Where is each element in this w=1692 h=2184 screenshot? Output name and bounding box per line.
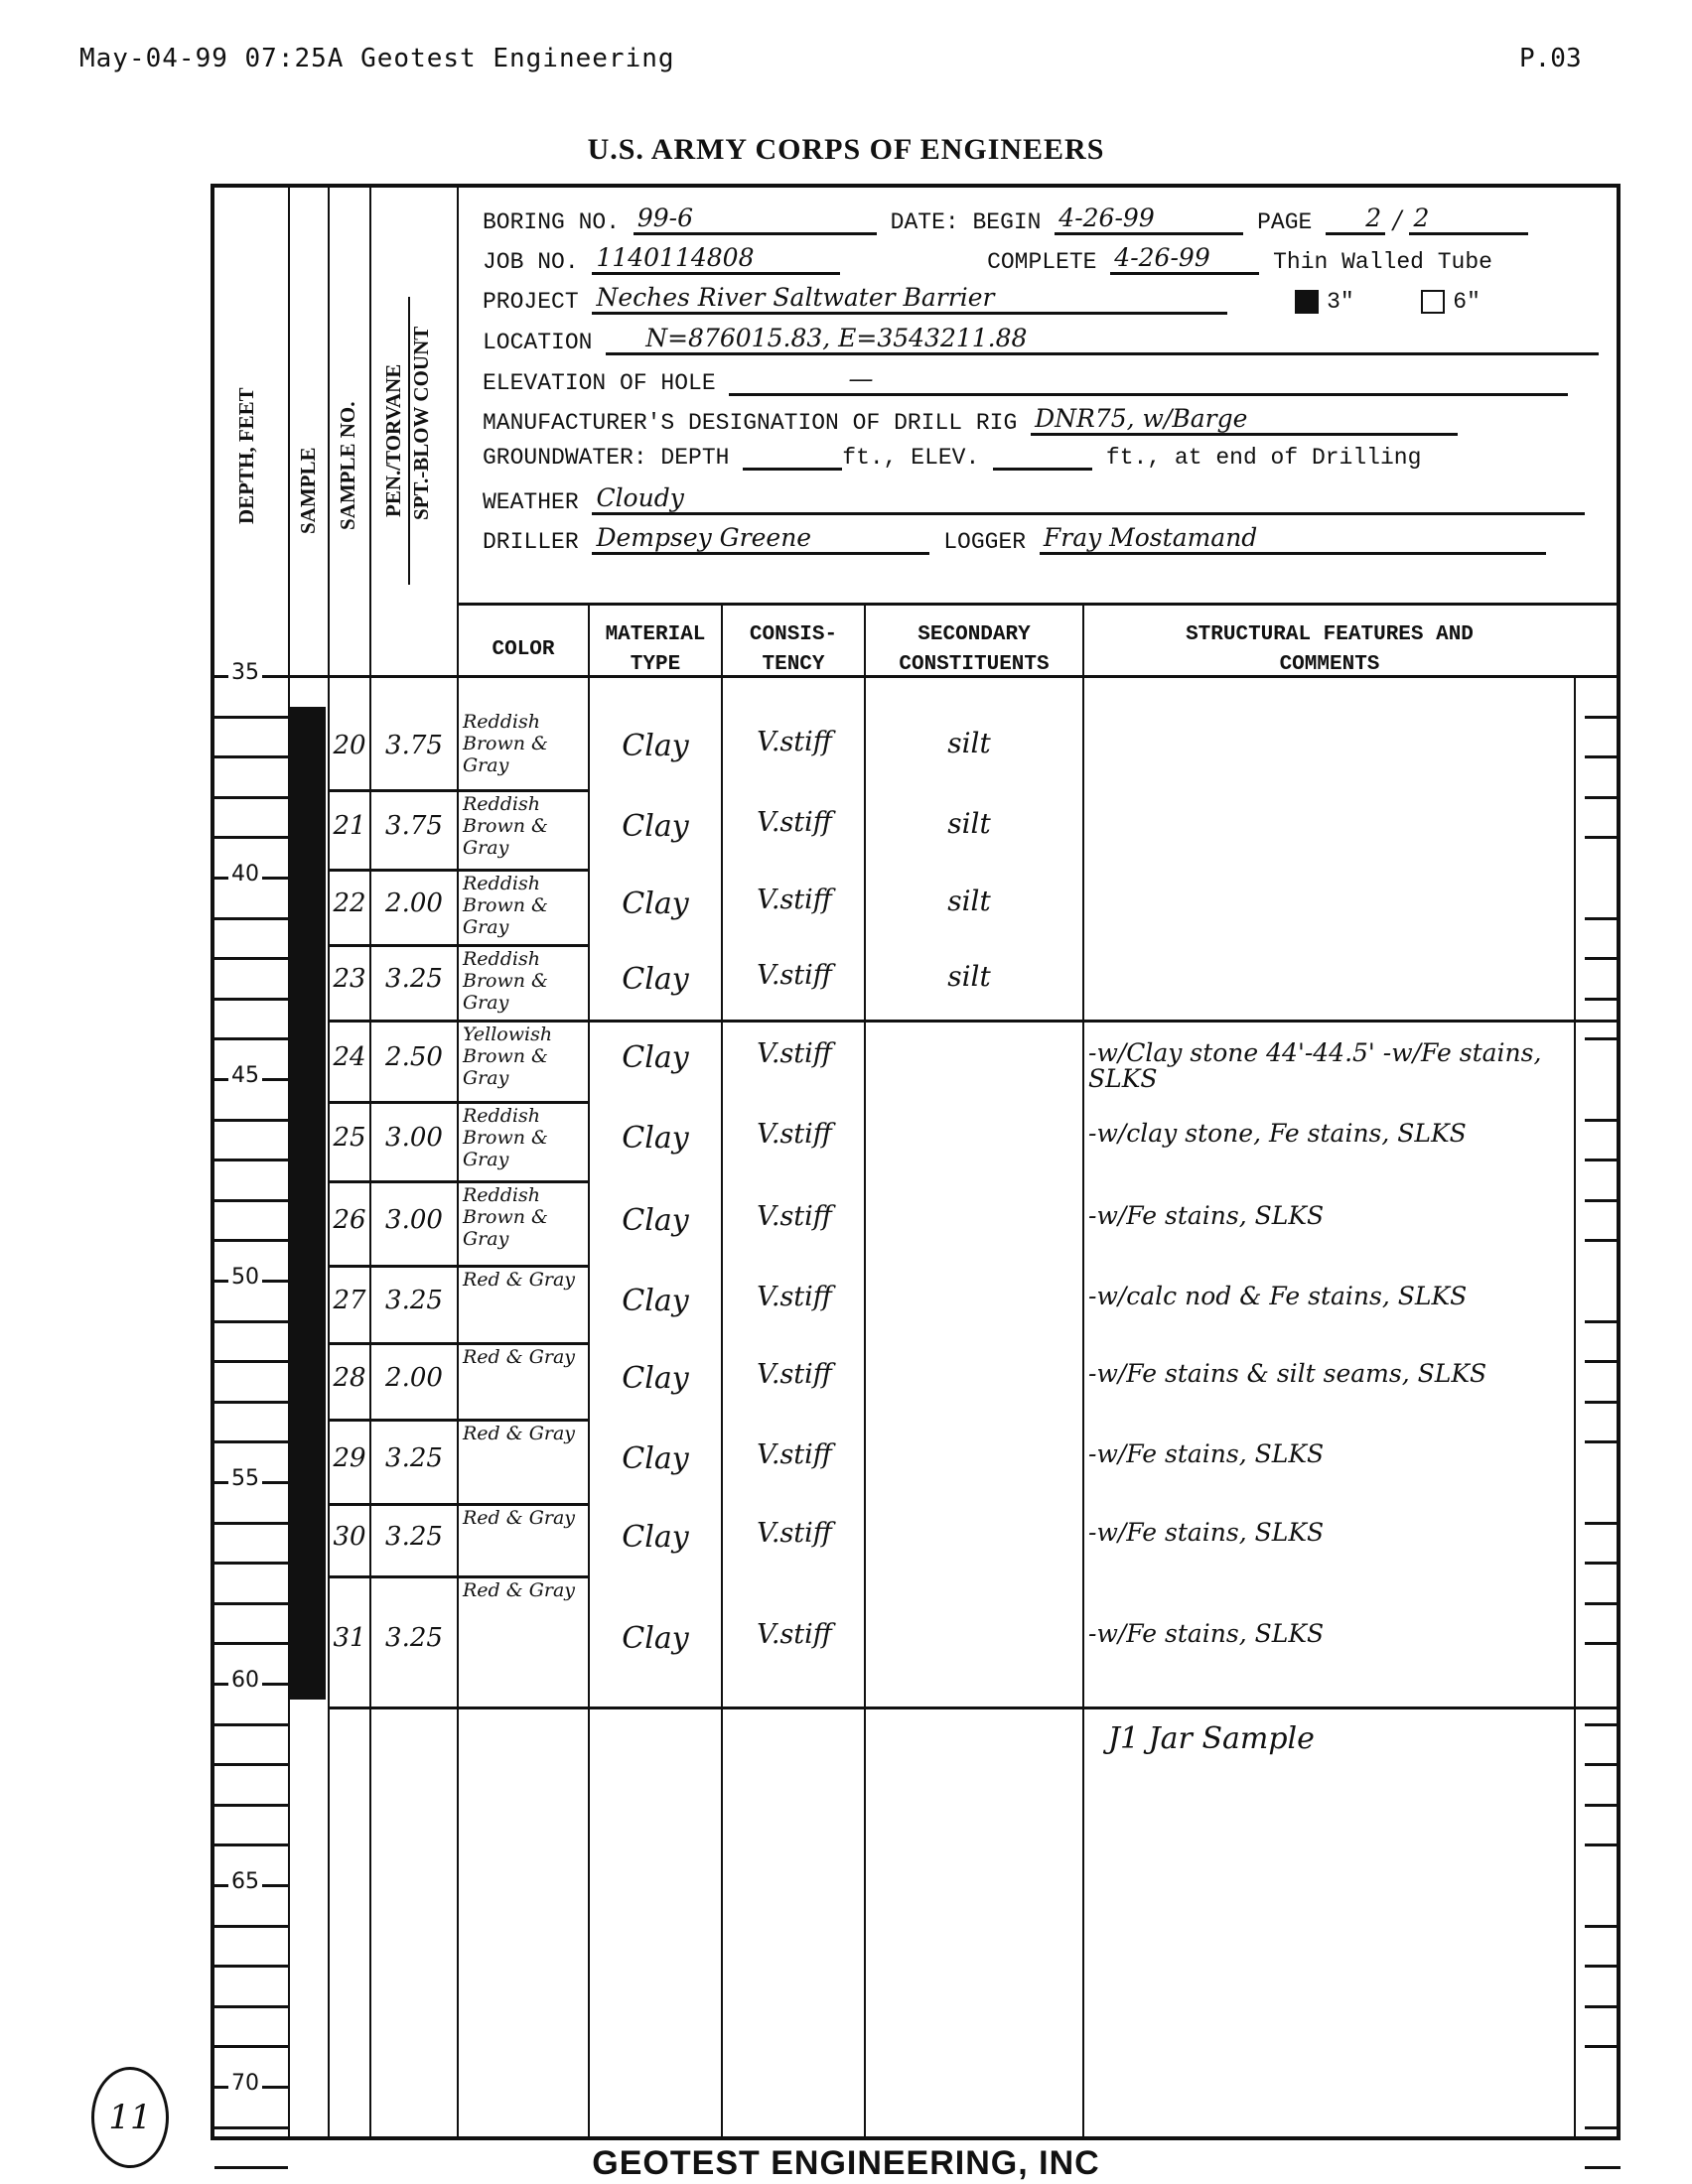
depth-tick bbox=[1585, 1320, 1621, 1323]
elevation-row: ELEVATION OF HOLE — bbox=[483, 364, 1568, 396]
pen-torvane-value: 3.25 bbox=[371, 1522, 457, 1552]
depth-tick bbox=[214, 716, 288, 719]
date-begin-label: DATE: BEGIN bbox=[891, 209, 1042, 235]
depth-tick bbox=[214, 998, 288, 1001]
depth-label: 35 bbox=[228, 660, 262, 685]
fax-company: Geotest Engineering bbox=[360, 44, 674, 73]
secondary-constituent: silt bbox=[870, 727, 1068, 759]
logger-field[interactable]: Fray Mostamand bbox=[1040, 523, 1546, 555]
depth-label: 50 bbox=[228, 1265, 262, 1290]
structural-comment: -w/Fe stains, SLKS bbox=[1088, 1621, 1565, 1647]
consistency: V.stiff bbox=[727, 1518, 862, 1549]
depth-tick bbox=[1585, 1360, 1621, 1363]
depth-tick bbox=[1585, 1562, 1621, 1565]
sample-no-header: SAMPLE NO. bbox=[336, 346, 360, 585]
depth-tick bbox=[1585, 1199, 1621, 1202]
jar-sample-note: J1 Jar Sample bbox=[1108, 1721, 1315, 1756]
depth-tick bbox=[1585, 1763, 1621, 1766]
depth-tick bbox=[214, 1159, 288, 1161]
driller-field[interactable]: Dempsey Greene bbox=[592, 523, 929, 555]
depth-tick bbox=[214, 1562, 288, 1565]
row-divider bbox=[328, 944, 588, 947]
spt-blow-count-header: SPT.-BLOW COUNT bbox=[409, 262, 434, 585]
depth-tick bbox=[1585, 1401, 1621, 1404]
material-type: Clay bbox=[596, 1040, 715, 1075]
project-row: PROJECT Neches River Saltwater Barrier 3… bbox=[483, 283, 1480, 315]
material-type: Clay bbox=[596, 1520, 715, 1555]
soil-color: Red & Gray bbox=[463, 1579, 586, 1601]
depth-tick bbox=[1585, 1642, 1621, 1645]
weather-field[interactable]: Cloudy bbox=[592, 483, 1585, 515]
drill-rig-row: MANUFACTURER'S DESIGNATION OF DRILL RIG … bbox=[483, 404, 1458, 436]
depth-tick bbox=[214, 2005, 288, 2008]
secondary-constituent: silt bbox=[870, 885, 1068, 917]
depth-tick bbox=[1585, 716, 1621, 719]
groundwater-elev-field[interactable] bbox=[993, 468, 1092, 471]
location-label: LOCATION bbox=[483, 330, 592, 355]
material-type: Clay bbox=[596, 1121, 715, 1156]
soil-color: Reddish Brown & Gray bbox=[463, 793, 586, 859]
depth-tick bbox=[214, 1320, 288, 1323]
groundwater-row: GROUNDWATER: DEPTH ft., ELEV. ft., at en… bbox=[483, 445, 1421, 471]
fax-header: May-04-99 07:25A Geotest Engineering bbox=[79, 44, 675, 73]
complete-label: COMPLETE bbox=[987, 249, 1096, 275]
consistency: V.stiff bbox=[727, 1439, 862, 1470]
depth-tick bbox=[1585, 917, 1621, 920]
consistency-column-header: CONSIS- TENCY bbox=[723, 605, 864, 696]
depth-tick bbox=[1585, 1804, 1621, 1807]
pen-torvane-value: 3.00 bbox=[371, 1123, 457, 1153]
depth-tick bbox=[214, 1239, 288, 1242]
material-type: Clay bbox=[596, 1203, 715, 1238]
job-info-row: JOB NO. 1140114808 COMPLETE 4-26-99 Thin… bbox=[483, 243, 1492, 275]
depth-label: 40 bbox=[228, 862, 262, 887]
soil-color: Reddish Brown & Gray bbox=[463, 1105, 586, 1170]
depth-tick bbox=[1585, 1965, 1621, 1968]
tube-3in-checkbox[interactable] bbox=[1295, 290, 1319, 314]
page-number-field[interactable]: 2 bbox=[1326, 204, 1385, 235]
elevation-field[interactable]: — bbox=[729, 364, 1568, 396]
depth-tick bbox=[214, 1401, 288, 1404]
material-type: Clay bbox=[596, 809, 715, 844]
depth-tick bbox=[214, 1119, 288, 1122]
boring-no-label: BORING NO. bbox=[483, 209, 620, 235]
groundwater-depth-field[interactable] bbox=[743, 468, 842, 471]
soil-color: Yellowish Brown & Gray bbox=[463, 1024, 586, 1089]
depth-tick bbox=[1585, 998, 1621, 1001]
pen-torvane-value: 3.75 bbox=[371, 811, 457, 841]
pen-torvane-value: 2.00 bbox=[371, 1363, 457, 1393]
pen-torvane-value: 2.00 bbox=[371, 888, 457, 918]
groundwater-elev-label: ft., ELEV. bbox=[842, 445, 979, 471]
divider bbox=[369, 188, 371, 2136]
depth-tick bbox=[1585, 1602, 1621, 1605]
structural-comment: -w/Clay stone 44'-44.5' -w/Fe stains, SL… bbox=[1088, 1040, 1565, 1092]
depth-tick bbox=[1585, 1239, 1621, 1242]
page-label: PAGE bbox=[1257, 209, 1312, 235]
structural-comment: -w/Fe stains & silt seams, SLKS bbox=[1088, 1361, 1565, 1387]
boring-log-form: DEPTH, FEET SAMPLE SAMPLE NO. PEN./TORVA… bbox=[211, 184, 1621, 2140]
depth-tick bbox=[214, 917, 288, 920]
row-divider bbox=[328, 1419, 588, 1422]
sample-number: 24 bbox=[330, 1042, 369, 1072]
job-no-label: JOB NO. bbox=[483, 249, 579, 275]
depth-tick bbox=[214, 2126, 288, 2129]
weather-row: WEATHER Cloudy bbox=[483, 483, 1585, 515]
depth-tick bbox=[1585, 2126, 1621, 2129]
depth-label: 65 bbox=[228, 1869, 262, 1894]
consistency: V.stiff bbox=[727, 1282, 862, 1312]
driller-label: DRILLER bbox=[483, 529, 579, 555]
sample-number: 28 bbox=[330, 1363, 369, 1393]
pen-torvane-header: PEN./TORVANE bbox=[381, 297, 410, 585]
depth-tick bbox=[214, 1360, 288, 1363]
material-type: Clay bbox=[596, 887, 715, 921]
material-type: Clay bbox=[596, 1284, 715, 1318]
soil-color: Reddish Brown & Gray bbox=[463, 1184, 586, 1250]
complete-date-field[interactable]: 4-26-99 bbox=[1110, 243, 1259, 275]
row-divider bbox=[328, 869, 588, 872]
sample-number: 21 bbox=[330, 811, 369, 841]
groundwater-depth-label: GROUNDWATER: DEPTH bbox=[483, 445, 729, 471]
soil-color: Red & Gray bbox=[463, 1423, 586, 1444]
sample-number: 26 bbox=[330, 1205, 369, 1235]
depth-tick bbox=[214, 1925, 288, 1928]
project-label: PROJECT bbox=[483, 289, 579, 315]
soil-color: Red & Gray bbox=[463, 1346, 586, 1368]
sample-interval-bar bbox=[290, 707, 326, 1700]
structural-comment: -w/Fe stains, SLKS bbox=[1088, 1520, 1565, 1546]
drill-rig-field[interactable]: DNR75, w/Barge bbox=[1031, 404, 1458, 436]
depth-tick bbox=[214, 1199, 288, 1202]
sample-number: 22 bbox=[330, 888, 369, 918]
date-begin-field[interactable]: 4-26-99 bbox=[1055, 204, 1243, 235]
tube-6in-label: 6" bbox=[1453, 289, 1480, 315]
color-column-header: COLOR bbox=[459, 605, 588, 696]
pen-torvane-value: 2.50 bbox=[371, 1042, 457, 1072]
pen-torvane-value: 3.25 bbox=[371, 1623, 457, 1653]
sample-header: SAMPLE bbox=[296, 396, 321, 585]
divider bbox=[1574, 675, 1576, 2136]
depth-tick bbox=[1585, 1925, 1621, 1928]
material-type: Clay bbox=[596, 1441, 715, 1476]
groundwater-end-label: ft., at end of Drilling bbox=[1106, 445, 1421, 471]
depth-tick bbox=[214, 2045, 288, 2048]
drill-rig-label: MANUFACTURER'S DESIGNATION OF DRILL RIG bbox=[483, 410, 1017, 436]
depth-tick bbox=[214, 1723, 288, 1726]
row-divider bbox=[328, 1265, 588, 1268]
depth-tick bbox=[1585, 2045, 1621, 2048]
divider bbox=[328, 188, 330, 2136]
depth-tick bbox=[1585, 1159, 1621, 1161]
depth-tick bbox=[214, 1965, 288, 1968]
soil-color: Reddish Brown & Gray bbox=[463, 948, 586, 1014]
depth-tick bbox=[214, 1522, 288, 1525]
tube-3in-label: 3" bbox=[1327, 289, 1354, 315]
material-type: Clay bbox=[596, 1361, 715, 1396]
depth-tick bbox=[214, 1602, 288, 1605]
sample-number: 31 bbox=[330, 1623, 369, 1653]
row-divider bbox=[328, 1101, 588, 1104]
depth-tick bbox=[214, 1642, 288, 1645]
sample-number: 30 bbox=[330, 1522, 369, 1552]
structural-comment: -w/clay stone, Fe stains, SLKS bbox=[1088, 1121, 1565, 1147]
consistency: V.stiff bbox=[727, 727, 862, 757]
depth-tick bbox=[1585, 957, 1621, 960]
depth-tick bbox=[214, 1440, 288, 1443]
depth-tick bbox=[1585, 836, 1621, 839]
thin-walled-tube-label: Thin Walled Tube bbox=[1273, 249, 1492, 275]
sample-number: 29 bbox=[330, 1443, 369, 1473]
depth-label: 70 bbox=[228, 2071, 262, 2096]
depth-tick bbox=[1585, 1723, 1621, 1726]
row-divider bbox=[328, 1575, 588, 1578]
material-type: Clay bbox=[596, 1621, 715, 1656]
divider bbox=[457, 188, 459, 2136]
driller-row: DRILLER Dempsey Greene LOGGER Fray Mosta… bbox=[483, 523, 1546, 555]
end-of-samples-line bbox=[328, 1706, 1617, 1709]
row-divider bbox=[328, 1503, 588, 1506]
location-field[interactable]: N=876015.83, E=3543211.88 bbox=[606, 324, 1599, 355]
boring-info-row: BORING NO. 99-6 DATE: BEGIN 4-26-99 PAGE… bbox=[483, 204, 1528, 235]
depth-header: DEPTH, FEET bbox=[234, 327, 259, 585]
material-type: Clay bbox=[596, 729, 715, 763]
soil-color: Red & Gray bbox=[463, 1507, 586, 1529]
depth-tick bbox=[214, 1804, 288, 1807]
divider bbox=[721, 603, 723, 2136]
divider bbox=[588, 603, 590, 2136]
soil-color: Red & Gray bbox=[463, 1269, 586, 1291]
depth-tick bbox=[214, 836, 288, 839]
depth-label: 60 bbox=[228, 1668, 262, 1693]
footer-company: GEOTEST ENGINEERING, INC bbox=[0, 2144, 1692, 2183]
consistency: V.stiff bbox=[727, 960, 862, 991]
secondary-constituent: silt bbox=[870, 960, 1068, 993]
consistency: V.stiff bbox=[727, 1201, 862, 1232]
secondary-constituents-column-header: SECONDARY CONSTITUENTS bbox=[866, 605, 1082, 696]
material-type: Clay bbox=[596, 962, 715, 997]
sample-number: 20 bbox=[330, 731, 369, 760]
fax-timestamp: May-04-99 07:25A bbox=[79, 44, 344, 73]
divider bbox=[864, 603, 866, 2136]
pen-torvane-value: 3.00 bbox=[371, 1205, 457, 1235]
pen-torvane-value: 3.25 bbox=[371, 964, 457, 994]
stratum-divider bbox=[328, 1020, 1617, 1023]
structural-comment: -w/Fe stains, SLKS bbox=[1088, 1441, 1565, 1467]
depth-tick bbox=[1585, 755, 1621, 758]
structural-features-column-header: STRUCTURAL FEATURES AND COMMENTS bbox=[1084, 605, 1575, 696]
pen-torvane-value: 3.25 bbox=[371, 1286, 457, 1315]
consistency: V.stiff bbox=[727, 1619, 862, 1650]
depth-tick bbox=[214, 796, 288, 799]
depth-tick bbox=[1585, 1440, 1621, 1443]
soil-color: Reddish Brown & Gray bbox=[463, 873, 586, 938]
consistency: V.stiff bbox=[727, 1359, 862, 1390]
sample-number: 25 bbox=[330, 1123, 369, 1153]
location-row: LOCATION N=876015.83, E=3543211.88 bbox=[483, 324, 1599, 355]
logger-label: LOGGER bbox=[943, 529, 1026, 555]
structural-comment: -w/Fe stains, SLKS bbox=[1088, 1203, 1565, 1229]
row-divider bbox=[328, 789, 588, 792]
fax-page-number: P.03 bbox=[1519, 44, 1582, 73]
depth-tick bbox=[1585, 2005, 1621, 2008]
depth-tick bbox=[214, 755, 288, 758]
job-no-field[interactable]: 1140114808 bbox=[592, 243, 840, 275]
secondary-constituent: silt bbox=[870, 807, 1068, 840]
depth-tick bbox=[214, 1763, 288, 1766]
document-title: U.S. ARMY CORPS OF ENGINEERS bbox=[0, 133, 1692, 167]
depth-tick bbox=[214, 957, 288, 960]
sample-number: 23 bbox=[330, 964, 369, 994]
structural-comment: -w/calc nod & Fe stains, SLKS bbox=[1088, 1284, 1565, 1309]
tube-6in-checkbox[interactable] bbox=[1421, 290, 1445, 314]
pen-torvane-value: 3.75 bbox=[371, 731, 457, 760]
material-type-column-header: MATERIAL TYPE bbox=[590, 605, 721, 696]
consistency: V.stiff bbox=[727, 1119, 862, 1150]
depth-tick bbox=[214, 1037, 288, 1040]
elevation-label: ELEVATION OF HOLE bbox=[483, 370, 716, 396]
depth-label: 45 bbox=[228, 1063, 262, 1088]
depth-tick bbox=[1585, 1037, 1621, 1040]
depth-tick bbox=[1585, 1843, 1621, 1846]
page-total-field[interactable]: 2 bbox=[1409, 204, 1528, 235]
weather-label: WEATHER bbox=[483, 489, 579, 515]
project-field[interactable]: Neches River Saltwater Barrier bbox=[592, 283, 1227, 315]
pen-torvane-value: 3.25 bbox=[371, 1443, 457, 1473]
depth-tick bbox=[1585, 1119, 1621, 1122]
consistency: V.stiff bbox=[727, 1038, 862, 1069]
depth-tick bbox=[1585, 796, 1621, 799]
depth-tick bbox=[214, 1843, 288, 1846]
soil-color: Reddish Brown & Gray bbox=[463, 711, 586, 776]
divider bbox=[1082, 603, 1084, 2136]
depth-label: 55 bbox=[228, 1466, 262, 1491]
depth-tick bbox=[1585, 1522, 1621, 1525]
row-divider bbox=[328, 1180, 588, 1183]
row-divider bbox=[328, 1342, 588, 1345]
consistency: V.stiff bbox=[727, 885, 862, 915]
sample-number: 27 bbox=[330, 1286, 369, 1315]
boring-no-field[interactable]: 99-6 bbox=[634, 204, 877, 235]
consistency: V.stiff bbox=[727, 807, 862, 838]
